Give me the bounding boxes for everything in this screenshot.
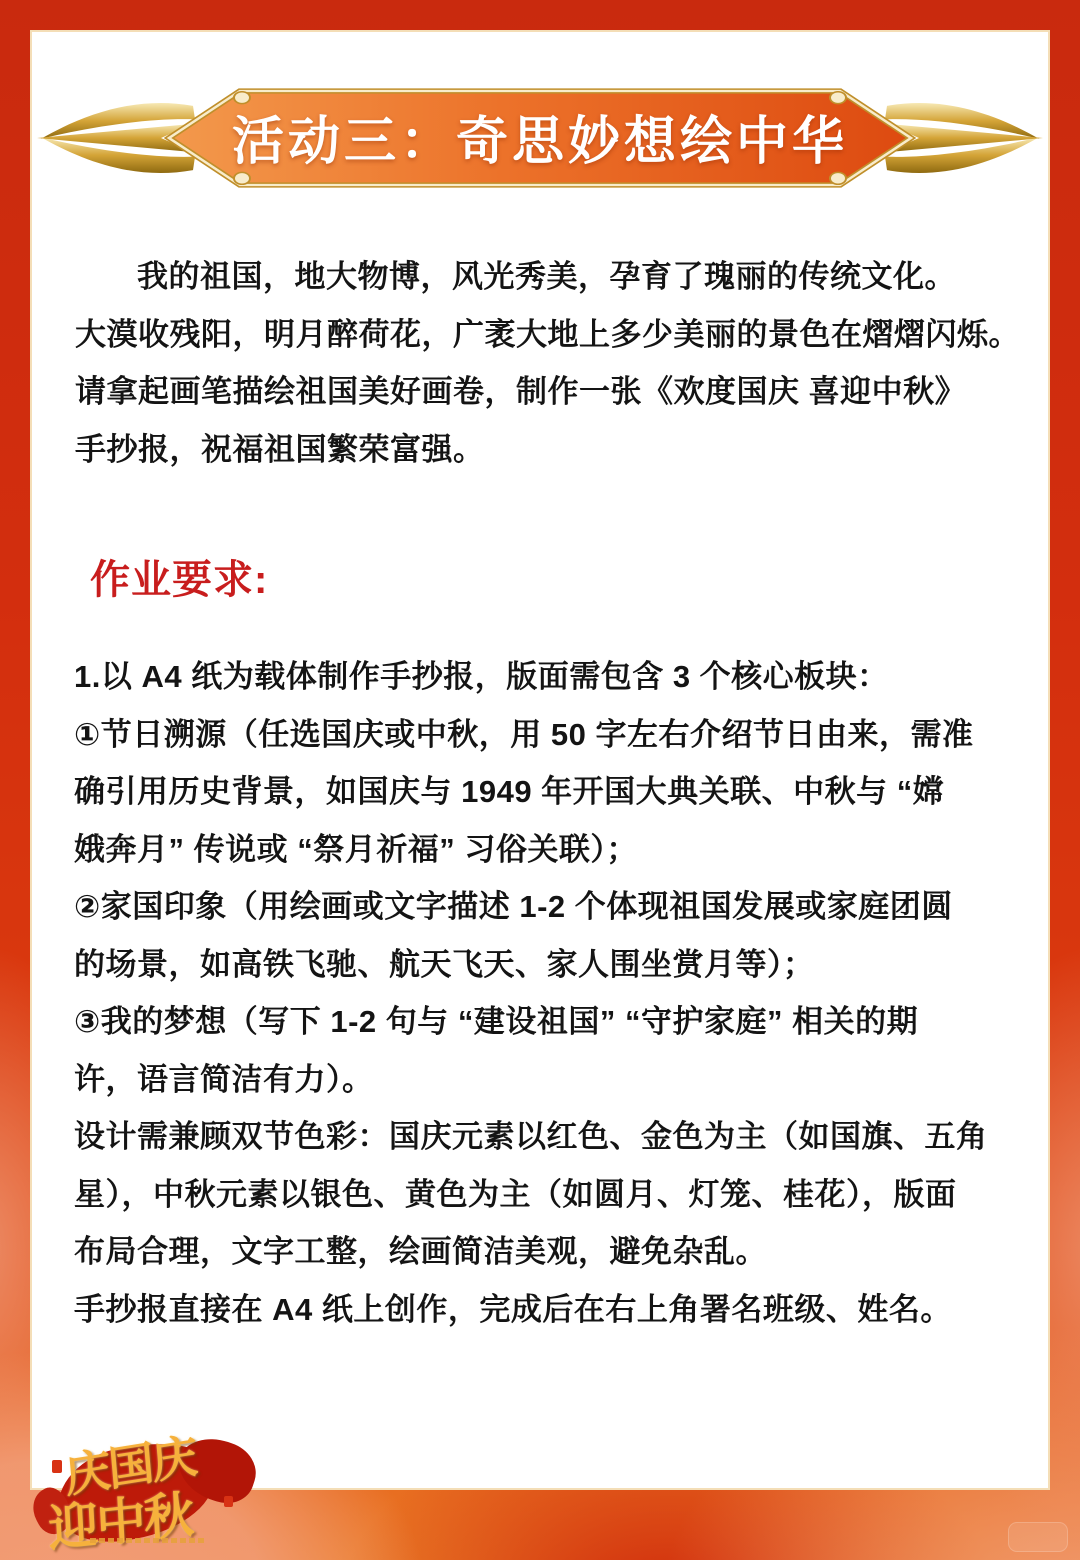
- requirement-line: 手抄报直接在 A4 纸上创作，完成后在右上角署名班级、姓名。: [74, 1281, 1034, 1339]
- intro-line-3: 请拿起画笔描绘祖国美好画卷，制作一张《欢度国庆 喜迎中秋》: [75, 363, 1027, 421]
- requirement-line: 星），中秋元素以银色、黄色为主（如圆月、灯笼、桂花），版面: [74, 1166, 1034, 1224]
- requirement-line: 娥奔月” 传说或 “祭月祈福” 习俗关联）；: [74, 821, 1034, 879]
- requirement-line: 的场景，如高铁飞驰、航天飞天、家人围坐赏月等）；: [74, 936, 1034, 994]
- intro-line-2: 大漠收残阳，明月醉荷花，广袤大地上多少美丽的景色在熠熠闪烁。: [75, 306, 1027, 364]
- intro-line-4: 手抄报，祝福祖国繁荣富强。: [75, 421, 1027, 479]
- requirement-line: 布局合理，文字工整，绘画简洁美观，避免杂乱。: [74, 1223, 1034, 1281]
- seal-icon: [224, 1496, 233, 1507]
- intro-line-1: 我的祖国，地大物博，风光秀美，孕育了瑰丽的传统文化。: [75, 248, 1027, 306]
- requirement-line: ②家国印象（用绘画或文字描述 1-2 个体现祖国发展或家庭团圆: [74, 878, 1034, 936]
- festival-stamp: 庆国庆 迎中秋: [28, 1430, 278, 1560]
- watermark-badge: [1008, 1522, 1068, 1552]
- content-panel: 活动三：奇思妙想绘中华 我的祖国，地大物博，风光秀美，孕育了瑰丽的传统文化。 大…: [30, 30, 1050, 1490]
- requirement-line: ③我的梦想（写下 1-2 句与 “建设祖国” “守护家庭” 相关的期: [74, 993, 1034, 1051]
- requirement-line: 确引用历史背景，如国庆与 1949 年开国大典关联、中秋与 “嫦: [74, 763, 1034, 821]
- requirement-line: 1.以 A4 纸为载体制作手抄报，版面需包含 3 个核心板块：: [74, 648, 1034, 706]
- title-banner: 活动三：奇思妙想绘中华: [35, 82, 1045, 194]
- stamp-text-line2: 迎中秋: [47, 1474, 194, 1560]
- intro-paragraph: 我的祖国，地大物博，风光秀美，孕育了瑰丽的传统文化。 大漠收残阳，明月醉荷花，广…: [75, 248, 1027, 478]
- requirement-line: ①节日溯源（任选国庆或中秋，用 50 字左右介绍节日由来，需准: [74, 706, 1034, 764]
- requirement-line: 许，语言简洁有力）。: [74, 1051, 1034, 1109]
- poster-page: 活动三：奇思妙想绘中华 我的祖国，地大物博，风光秀美，孕育了瑰丽的传统文化。 大…: [0, 0, 1080, 1560]
- banner-title: 活动三：奇思妙想绘中华: [35, 99, 1045, 174]
- stamp-caption-decoration: [90, 1538, 206, 1543]
- requirements-heading: 作业要求:: [90, 548, 268, 605]
- requirement-line: 设计需兼顾双节色彩：国庆元素以红色、金色为主（如国旗、五角: [74, 1108, 1034, 1166]
- requirements-list: 1.以 A4 纸为载体制作手抄报，版面需包含 3 个核心板块： ①节日溯源（任选…: [74, 648, 1034, 1338]
- seal-icon: [52, 1460, 62, 1473]
